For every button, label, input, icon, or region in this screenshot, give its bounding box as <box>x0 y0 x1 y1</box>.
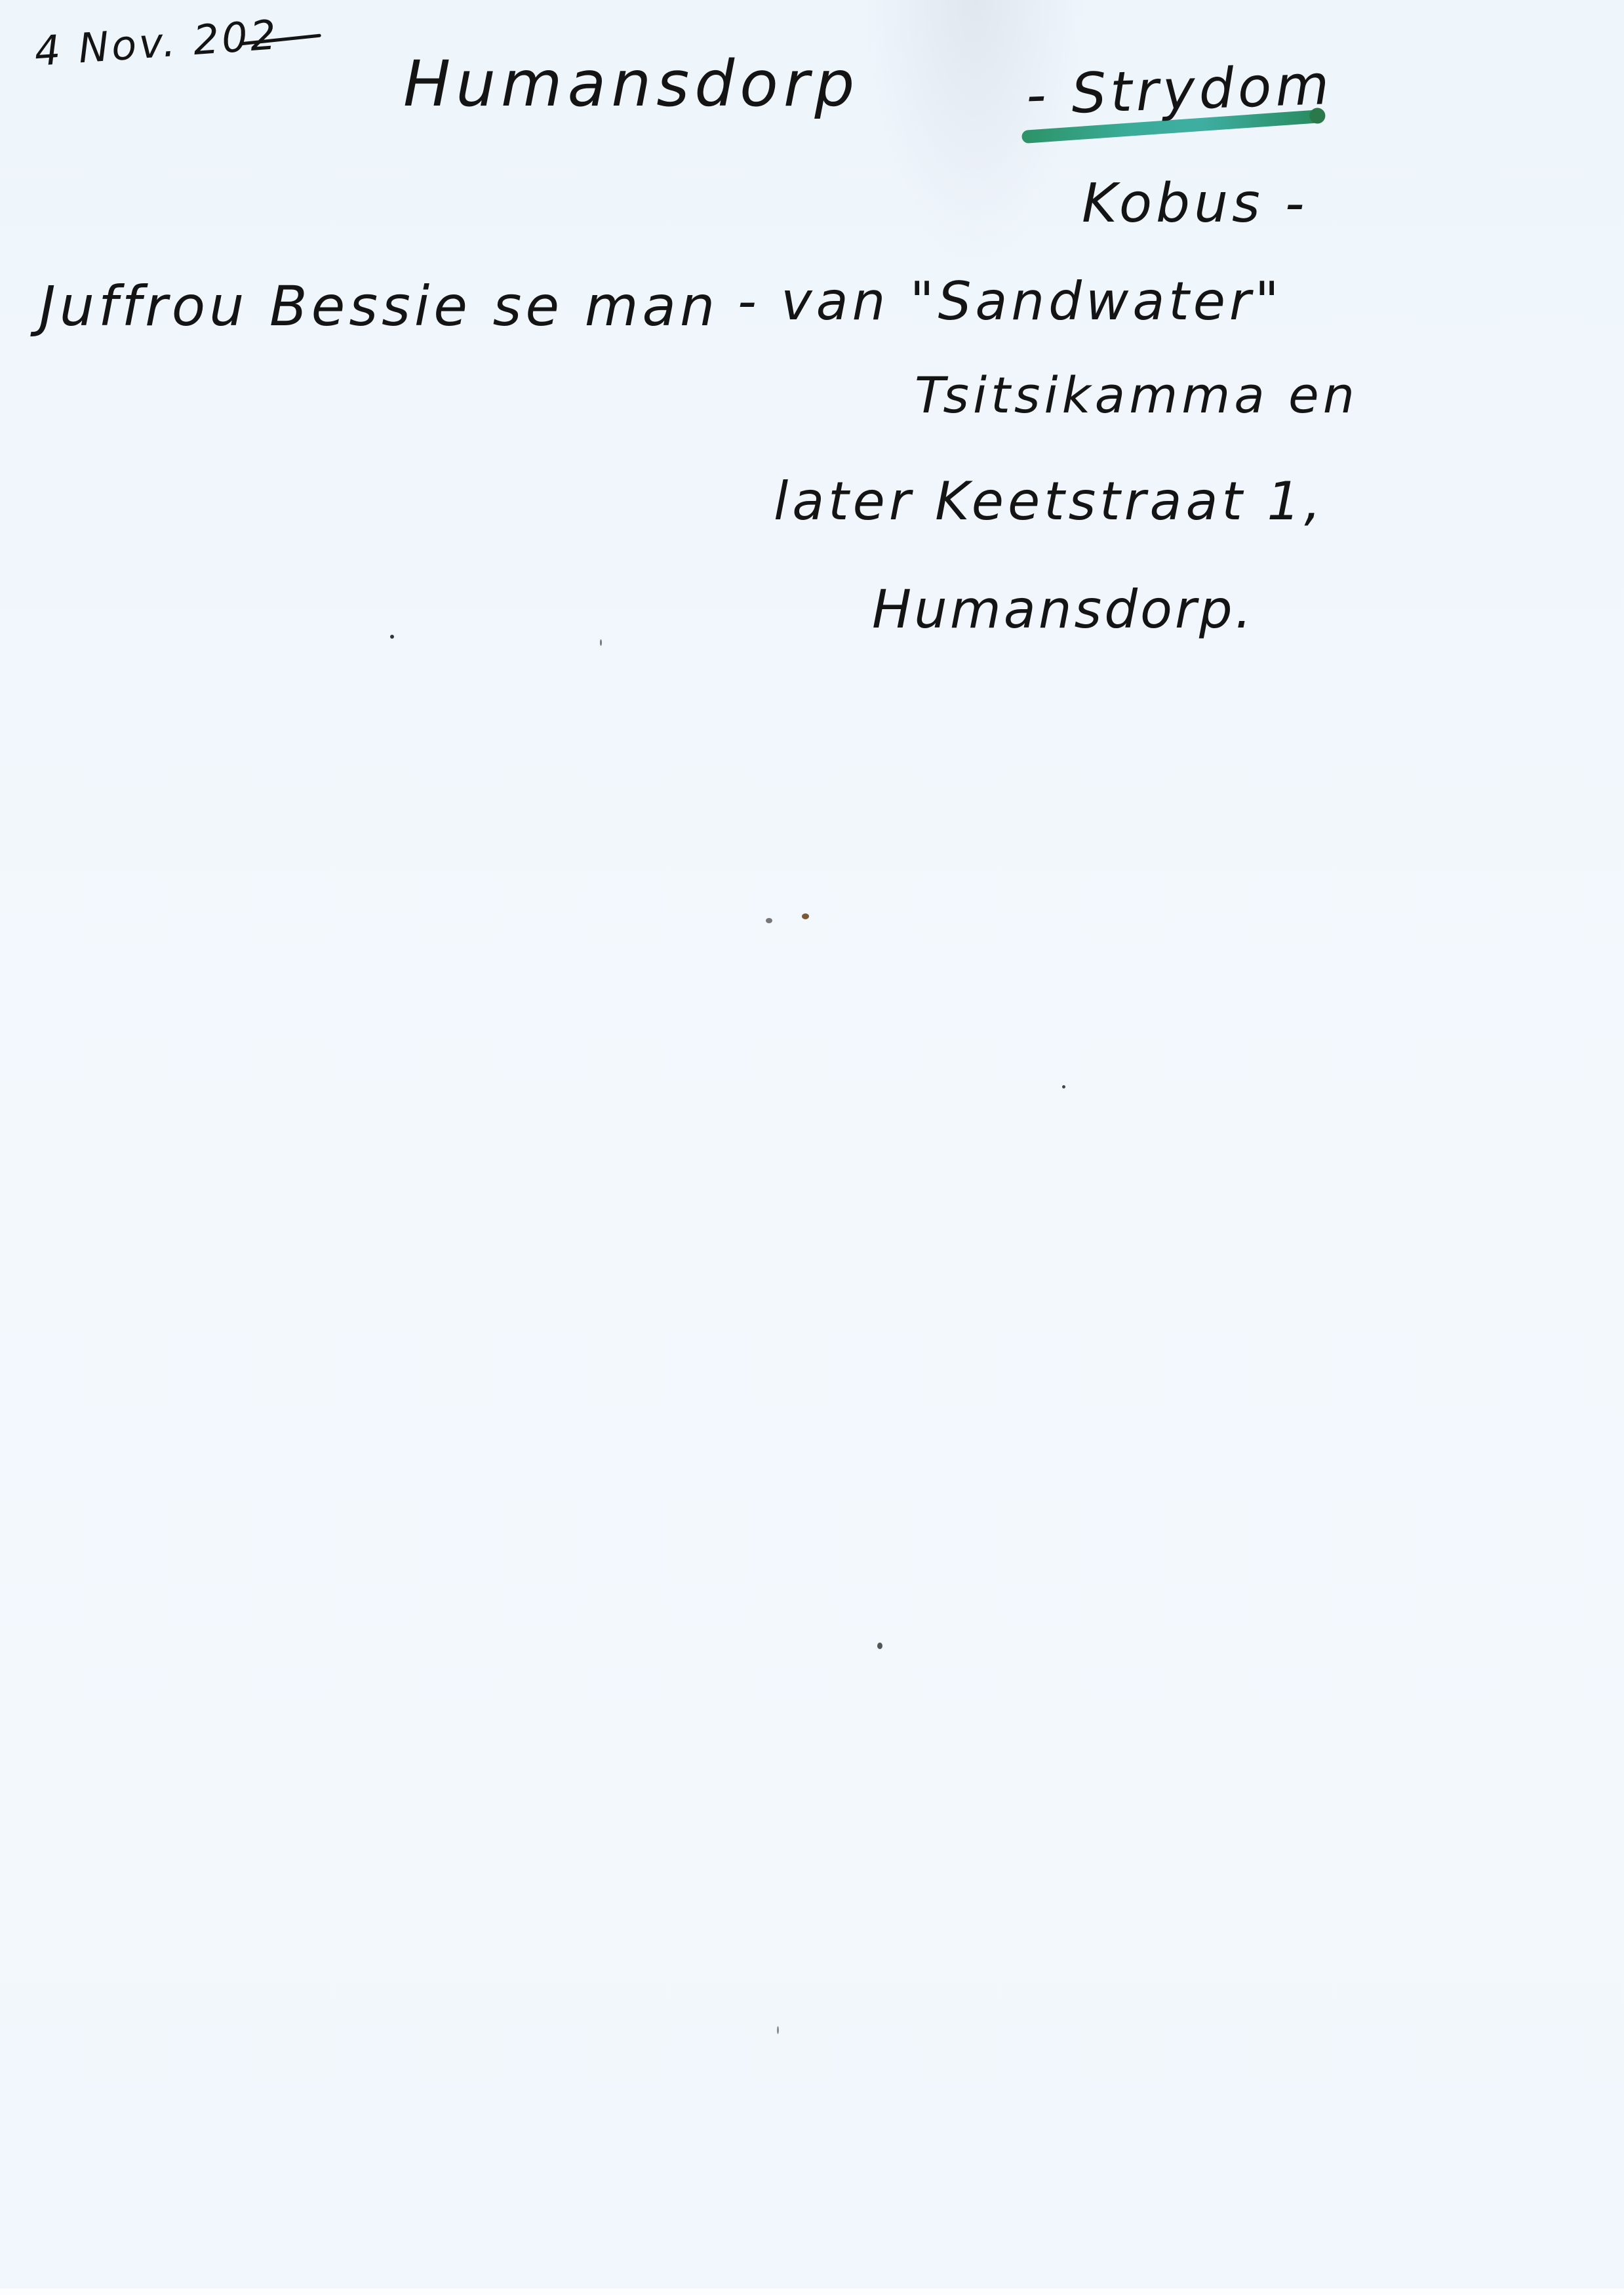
place-heading: Humansdorp <box>403 52 860 115</box>
body-line-2: - van "Sandwater" <box>738 275 1283 328</box>
body-line-3: Tsitsikamma en <box>915 370 1358 420</box>
first-name: Kobus - <box>1082 177 1308 231</box>
scan-speck <box>600 639 602 646</box>
scan-speck <box>877 1643 882 1649</box>
scan-speck <box>1062 1085 1065 1088</box>
body-line-1: Juffrou Bessie se man <box>39 279 719 334</box>
scan-speck <box>390 635 394 639</box>
scanned-page: 4 Nov. 202 Humansdorp - Strydom Kobus - … <box>0 0 1624 2295</box>
scan-speck <box>777 2026 779 2034</box>
body-line-4: later Keetstraat 1, <box>774 475 1325 528</box>
scan-speck <box>766 918 772 923</box>
scan-speck <box>802 913 809 919</box>
surname-heading: - Strydom <box>1025 57 1334 123</box>
body-line-5: Humansdorp. <box>872 584 1254 636</box>
